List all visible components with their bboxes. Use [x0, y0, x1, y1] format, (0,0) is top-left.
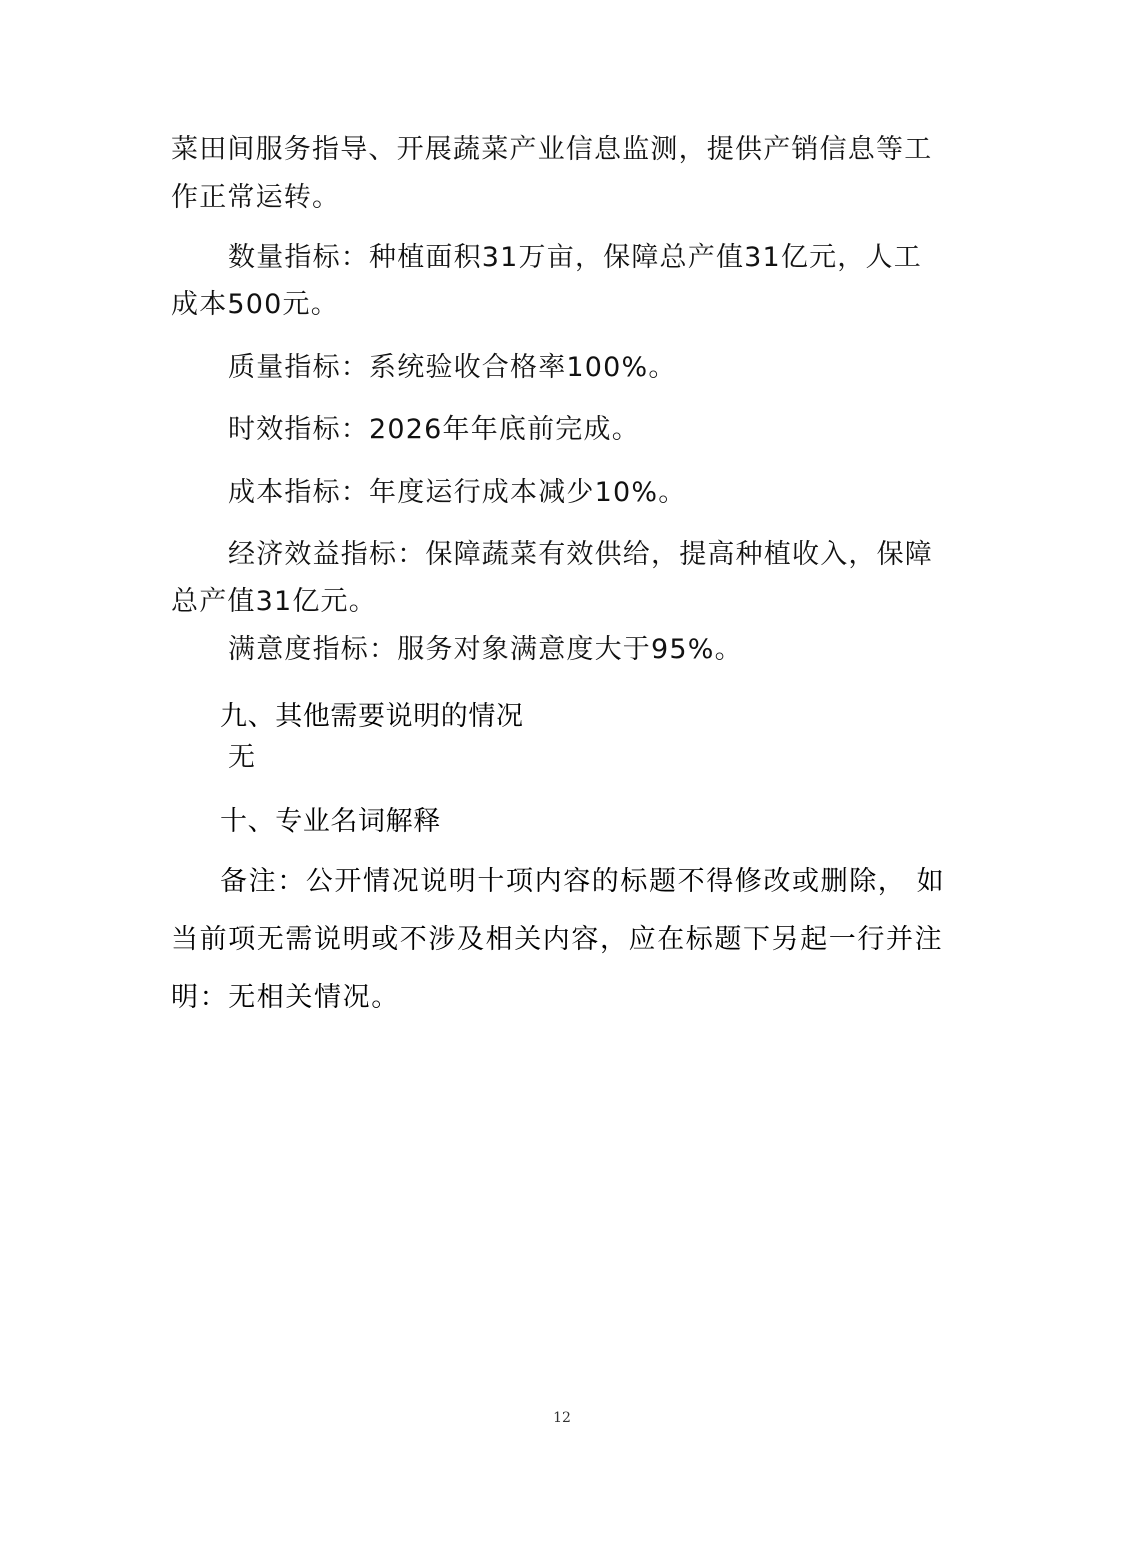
quality-indicator: 质量指标：系统验收合格率100%。 — [228, 350, 677, 386]
note-line-1: 备注：公开情况说明十项内容的标题不得修改或删除， 如 — [220, 864, 945, 900]
economic-benefit-indicator-line-2: 总产值31亿元。 — [171, 584, 377, 620]
section-10-heading: 十、专业名词解释 — [220, 804, 441, 840]
economic-benefit-indicator-line-1: 经济效益指标：保障蔬菜有效供给，提高种植收入，保障 — [228, 537, 933, 573]
note-line-2: 当前项无需说明或不涉及相关内容，应在标题下另起一行并注 — [171, 922, 943, 958]
page-number: 12 — [0, 1410, 1124, 1426]
satisfaction-indicator: 满意度指标：服务对象满意度大于95%。 — [228, 632, 743, 668]
timeliness-indicator: 时效指标：2026年年底前完成。 — [228, 412, 640, 448]
section-9-body: 无 — [228, 740, 256, 776]
document-page: 菜田间服务指导、开展蔬菜产业信息监测，提供产销信息等工 作正常运转。 数量指标：… — [0, 0, 1124, 1553]
quantity-indicator-line-1: 数量指标：种植面积31万亩，保障总产值31亿元，人工 — [228, 240, 922, 276]
paragraph-service-line-1: 菜田间服务指导、开展蔬菜产业信息监测，提供产销信息等工 — [171, 132, 932, 168]
section-9-heading: 九、其他需要说明的情况 — [220, 699, 524, 735]
paragraph-service-line-2: 作正常运转。 — [171, 180, 340, 216]
note-line-3: 明：无相关情况。 — [171, 980, 400, 1016]
cost-indicator: 成本指标：年度运行成本减少10%。 — [228, 475, 686, 511]
quantity-indicator-line-2: 成本500元。 — [171, 287, 339, 323]
